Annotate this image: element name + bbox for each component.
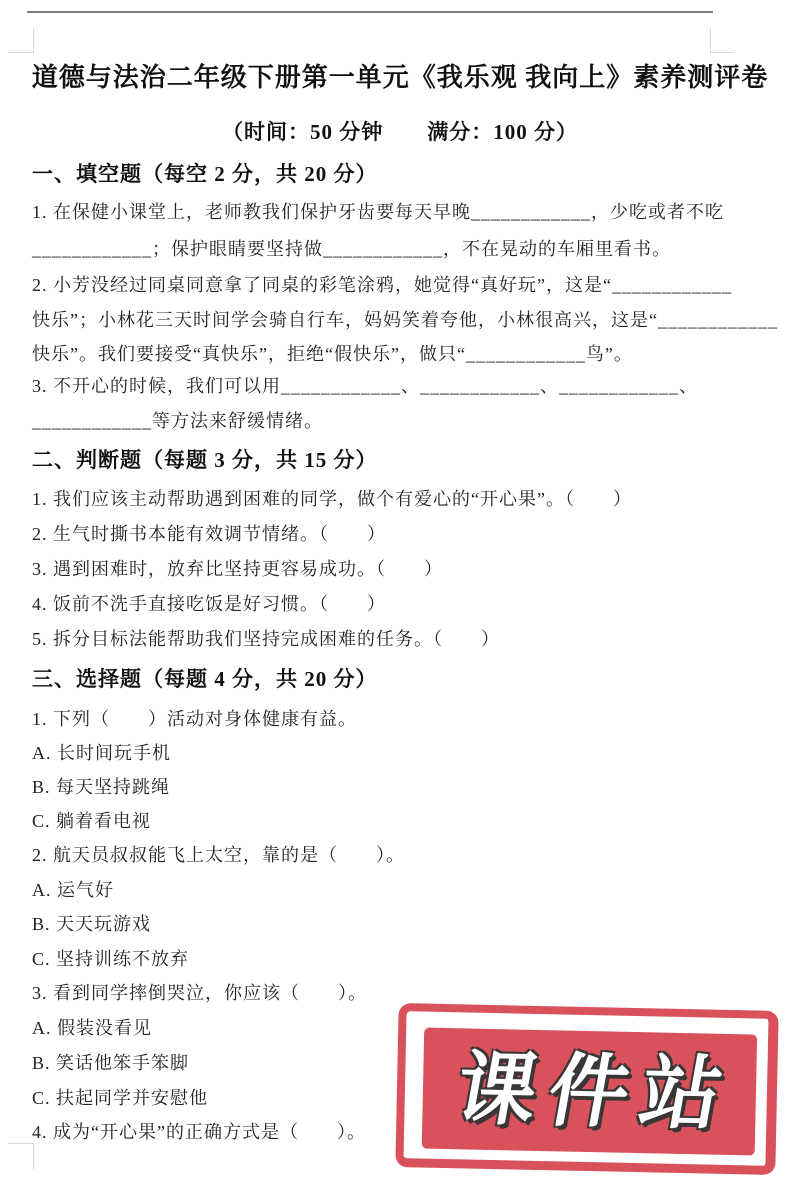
choice-option: A. 长时间玩手机 [32, 739, 777, 765]
section-fill-heading: 一、填空题（每空 2 分，共 20 分） [32, 158, 378, 188]
watermark-stamp: 课件站 [395, 1003, 778, 1175]
document-title: 道德与法治二年级下册第一单元《我乐观 我向上》素养测评卷 [0, 57, 800, 94]
choice-question: 2. 航天员叔叔能飞上太空，靠的是（ ）。 [32, 841, 777, 867]
watermark-text: 课件站 [439, 1049, 739, 1135]
crop-mark-top-left [33, 28, 34, 53]
page-top-border [27, 11, 713, 13]
fill-question-line: 2. 小芳没经过同桌同意拿了同桌的彩笔涂鸦，她觉得“真好玩”，这是“______… [32, 271, 777, 297]
choice-option: C. 坚持训练不放弃 [32, 945, 777, 971]
judge-question: 2. 生气时撕书本能有效调节情绪。（ ） [32, 520, 777, 546]
choice-question: 1. 下列（ ）活动对身体健康有益。 [32, 705, 777, 731]
judge-question: 5. 拆分目标法能帮助我们坚持完成困难的任务。（ ） [32, 625, 777, 651]
judge-question: 3. 遇到困难时，放弃比坚持更容易成功。（ ） [32, 555, 777, 581]
document-page: 道德与法治二年级下册第一单元《我乐观 我向上》素养测评卷 （时间：50 分钟 满… [0, 0, 800, 1200]
choice-option: B. 每天坚持跳绳 [32, 773, 777, 799]
judge-question: 1. 我们应该主动帮助遇到困难的同学，做个有爱心的“开心果”。（ ） [32, 485, 777, 511]
choice-option: B. 天天玩游戏 [32, 910, 777, 936]
choice-question: 3. 看到同学摔倒哭泣，你应该（ ）。 [32, 979, 777, 1005]
fill-question-line: 3. 不开心的时候，我们可以用____________、____________… [32, 372, 777, 398]
choice-option: A. 运气好 [32, 876, 777, 902]
fill-question-line: 1. 在保健小课堂上，老师教我们保护牙齿要每天早晚____________，少吃… [32, 198, 777, 224]
document-subtitle: （时间：50 分钟 满分：100 分） [0, 116, 800, 146]
stamp-background: 课件站 [422, 1028, 757, 1156]
crop-mark-top-right [710, 28, 711, 53]
choice-option: C. 躺着看电视 [32, 807, 777, 833]
crop-mark-top-left [8, 52, 34, 53]
section-judge-heading: 二、判断题（每题 3 分，共 15 分） [32, 444, 378, 474]
crop-mark-bottom-left [33, 1143, 34, 1171]
fill-question-line: ____________等方法来舒缓情绪。 [32, 407, 777, 433]
fill-question-line: 快乐”；小林花三天时间学会骑自行车，妈妈笑着夸他，小林很高兴，这是“______… [32, 306, 777, 332]
crop-mark-bottom-left [8, 1143, 34, 1144]
fill-question-line: 快乐”。我们要接受“真快乐”，拒绝“假快乐”，做只“____________鸟”… [32, 340, 777, 366]
fill-question-line: ____________；保护眼睛要坚持做____________，不在晃动的车… [32, 235, 777, 261]
judge-question: 4. 饭前不洗手直接吃饭是好习惯。（ ） [32, 590, 777, 616]
crop-mark-top-right [710, 52, 734, 53]
section-choice-heading: 三、选择题（每题 4 分，共 20 分） [32, 663, 378, 693]
